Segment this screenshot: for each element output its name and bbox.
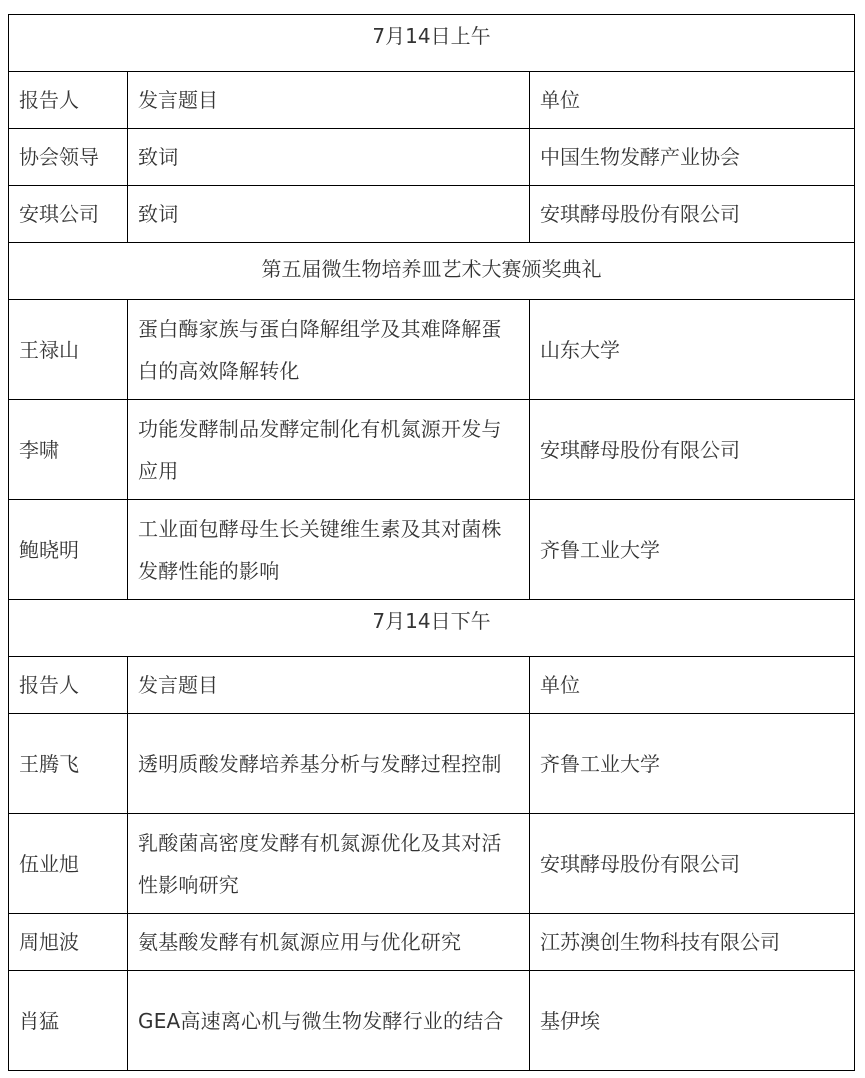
topic-cell: 透明质酸发酵培养基分析与发酵过程控制 xyxy=(128,714,530,814)
topic-cell: 致词 xyxy=(128,129,530,186)
topic-cell: 致词 xyxy=(128,186,530,243)
topic-cell: GEA高速离心机与微生物发酵行业的结合 xyxy=(128,971,530,1071)
speaker-cell: 王禄山 xyxy=(9,300,128,400)
session-title-row: 7月14日上午 xyxy=(9,15,855,72)
unit-cell: 齐鲁工业大学 xyxy=(530,714,855,814)
speaker-cell: 周旭波 xyxy=(9,914,128,971)
unit-cell: 安琪酵母股份有限公司 xyxy=(530,400,855,500)
ceremony-title: 第五届微生物培养皿艺术大赛颁奖典礼 xyxy=(9,243,855,300)
topic-cell: 功能发酵制品发酵定制化有机氮源开发与应用 xyxy=(128,400,530,500)
speaker-cell: 王腾飞 xyxy=(9,714,128,814)
topic-cell: 氨基酸发酵有机氮源应用与优化研究 xyxy=(128,914,530,971)
session-title-morning: 7月14日上午 xyxy=(9,15,855,72)
table-row: 肖猛 GEA高速离心机与微生物发酵行业的结合 基伊埃 xyxy=(9,971,855,1071)
header-unit: 单位 xyxy=(530,72,855,129)
unit-cell: 中国生物发酵产业协会 xyxy=(530,129,855,186)
header-row: 报告人 发言题目 单位 xyxy=(9,72,855,129)
speaker-cell: 伍业旭 xyxy=(9,814,128,914)
table-row: 鲍晓明 工业面包酵母生长关键维生素及其对菌株发酵性能的影响 齐鲁工业大学 xyxy=(9,500,855,600)
topic-cell: 工业面包酵母生长关键维生素及其对菌株发酵性能的影响 xyxy=(128,500,530,600)
speaker-cell: 协会领导 xyxy=(9,129,128,186)
unit-cell: 基伊埃 xyxy=(530,971,855,1071)
unit-cell: 山东大学 xyxy=(530,300,855,400)
ceremony-row: 第五届微生物培养皿艺术大赛颁奖典礼 xyxy=(9,243,855,300)
speaker-cell: 肖猛 xyxy=(9,971,128,1071)
topic-cell: 乳酸菌高密度发酵有机氮源优化及其对活性影响研究 xyxy=(128,814,530,914)
table-row: 安琪公司 致词 安琪酵母股份有限公司 xyxy=(9,186,855,243)
speaker-cell: 安琪公司 xyxy=(9,186,128,243)
header-speaker: 报告人 xyxy=(9,72,128,129)
speaker-cell: 鲍晓明 xyxy=(9,500,128,600)
table-row: 协会领导 致词 中国生物发酵产业协会 xyxy=(9,129,855,186)
speaker-cell: 李啸 xyxy=(9,400,128,500)
table-row: 王禄山 蛋白酶家族与蛋白降解组学及其难降解蛋白的高效降解转化 山东大学 xyxy=(9,300,855,400)
header-topic: 发言题目 xyxy=(128,657,530,714)
header-unit: 单位 xyxy=(530,657,855,714)
header-speaker: 报告人 xyxy=(9,657,128,714)
table-row: 周旭波 氨基酸发酵有机氮源应用与优化研究 江苏澳创生物科技有限公司 xyxy=(9,914,855,971)
header-row: 报告人 发言题目 单位 xyxy=(9,657,855,714)
schedule-table: 7月14日上午 报告人 发言题目 单位 协会领导 致词 中国生物发酵产业协会 安… xyxy=(8,14,855,1071)
topic-cell: 蛋白酶家族与蛋白降解组学及其难降解蛋白的高效降解转化 xyxy=(128,300,530,400)
unit-cell: 安琪酵母股份有限公司 xyxy=(530,186,855,243)
session-title-afternoon: 7月14日下午 xyxy=(9,600,855,657)
header-topic: 发言题目 xyxy=(128,72,530,129)
unit-cell: 江苏澳创生物科技有限公司 xyxy=(530,914,855,971)
unit-cell: 齐鲁工业大学 xyxy=(530,500,855,600)
table-row: 李啸 功能发酵制品发酵定制化有机氮源开发与应用 安琪酵母股份有限公司 xyxy=(9,400,855,500)
unit-cell: 安琪酵母股份有限公司 xyxy=(530,814,855,914)
table-row: 伍业旭 乳酸菌高密度发酵有机氮源优化及其对活性影响研究 安琪酵母股份有限公司 xyxy=(9,814,855,914)
session-title-row: 7月14日下午 xyxy=(9,600,855,657)
table-row: 王腾飞 透明质酸发酵培养基分析与发酵过程控制 齐鲁工业大学 xyxy=(9,714,855,814)
